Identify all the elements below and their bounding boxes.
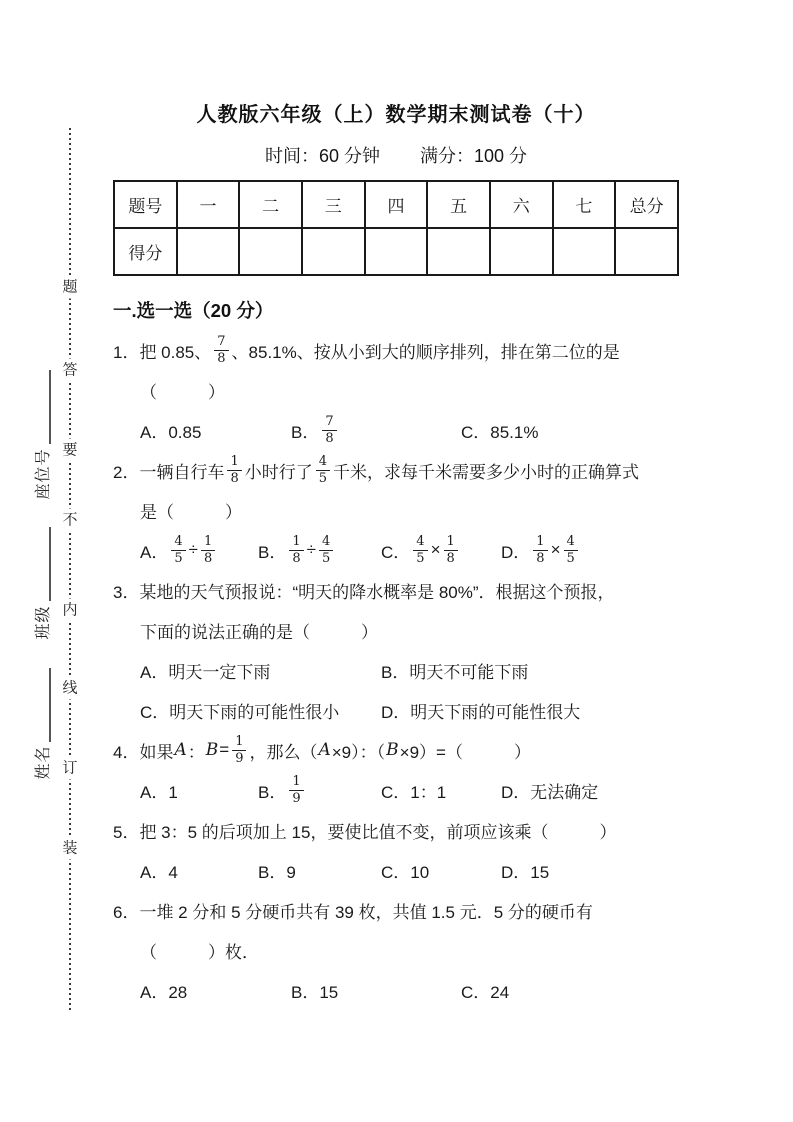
answer-option: A．45÷18 bbox=[140, 533, 258, 567]
fraction-numerator: 1 bbox=[289, 535, 303, 551]
text-run: 是（ ） bbox=[140, 498, 242, 523]
text-run: （ ） bbox=[140, 378, 225, 403]
fraction-denominator: 8 bbox=[292, 551, 300, 566]
paper-content: 人教版六年级（上）数学期末测试卷（十） 时间：60 分钟 满分：100 分 题号… bbox=[113, 0, 679, 1010]
options-row: A．1B．19C．1：1D．无法确定 bbox=[113, 770, 679, 810]
text-run: C．明天下雨的可能性很小 bbox=[140, 698, 339, 723]
student-info-labels: 姓名班级座位号 bbox=[36, 325, 52, 825]
fraction-numerator: 4 bbox=[564, 535, 578, 551]
fraction-numerator: 4 bbox=[316, 455, 330, 471]
binding-char: 不 bbox=[62, 509, 77, 532]
binding-char: 订 bbox=[62, 757, 77, 780]
fraction-numerator: 4 bbox=[171, 535, 185, 551]
answer-option: C．24 bbox=[461, 978, 679, 1003]
options-row: C．明天下雨的可能性很小D．明天下雨的可能性很大 bbox=[113, 690, 679, 730]
fraction-denominator: 8 bbox=[536, 551, 544, 566]
fraction-numerator: 1 bbox=[444, 535, 458, 551]
fraction-numerator: 1 bbox=[227, 455, 241, 471]
score-cell-empty bbox=[490, 228, 553, 275]
score-cell-empty bbox=[427, 228, 490, 275]
question-line: （ ） bbox=[113, 370, 679, 410]
text-run: D． bbox=[501, 538, 530, 563]
fraction-denominator: 9 bbox=[235, 751, 243, 766]
fraction: 19 bbox=[289, 775, 303, 805]
answer-option: C．45×18 bbox=[381, 533, 501, 567]
binding-dotted-line bbox=[69, 128, 71, 1012]
fraction: 78 bbox=[214, 335, 228, 365]
fraction-numerator: 1 bbox=[201, 535, 215, 551]
text-run: = bbox=[219, 740, 229, 760]
fraction: 18 bbox=[201, 535, 215, 565]
paper-subtitle: 时间：60 分钟 满分：100 分 bbox=[113, 142, 679, 170]
fraction: 78 bbox=[322, 415, 336, 445]
answer-option: A．明天一定下雨 bbox=[140, 658, 381, 683]
fraction: 18 bbox=[227, 455, 241, 485]
text-run: 下面的说法正确的是（ ） bbox=[140, 618, 378, 643]
text-run: A．28 bbox=[140, 978, 187, 1003]
text-run: ×9）=（ ） bbox=[400, 738, 531, 763]
student-label: 姓名 bbox=[36, 746, 52, 780]
options-row: A．28B．15C．24 bbox=[113, 970, 679, 1010]
fraction: 18 bbox=[444, 535, 458, 565]
answer-option: B．78 bbox=[291, 413, 461, 447]
score-cell-empty bbox=[553, 228, 616, 275]
text-run: B． bbox=[291, 418, 319, 443]
fraction-denominator: 5 bbox=[322, 551, 330, 566]
binding-char: 装 bbox=[62, 837, 77, 860]
text-run: B．9 bbox=[258, 858, 296, 883]
answer-option: B．9 bbox=[258, 858, 381, 883]
text-run: 1．把 0.85、 bbox=[113, 338, 211, 363]
options-row: A．0.85B．78C．85.1% bbox=[113, 410, 679, 450]
fraction-numerator: 1 bbox=[289, 775, 303, 791]
options-row: A．4B．9C．10D．15 bbox=[113, 850, 679, 890]
fraction-denominator: 8 bbox=[204, 551, 212, 566]
section-heading: 一.选一选（20 分） bbox=[113, 297, 679, 325]
fraction-denominator: 8 bbox=[447, 551, 455, 566]
text-run: C． bbox=[381, 538, 410, 563]
score-table-header-cell: 一 bbox=[177, 181, 240, 228]
answer-option: B．15 bbox=[291, 978, 461, 1003]
variable: A bbox=[173, 740, 187, 760]
question-block: 4．如果 A：B=19，那么（A×9）：（B×9）=（ ）A．1B．19C．1：… bbox=[113, 730, 679, 810]
fraction-numerator: 7 bbox=[322, 415, 336, 431]
questions-list: 1．把 0.85、78、85.1%、按从小到大的顺序排列，排在第二位的是（ ）A… bbox=[113, 330, 679, 1010]
score-row-label: 得分 bbox=[114, 228, 177, 275]
options-row: A．45÷18B．18÷45C．45×18D．18×45 bbox=[113, 530, 679, 570]
score-cell-empty bbox=[177, 228, 240, 275]
question-block: 6．一堆 2 分和 5 分硬币共有 39 枚，共值 1.5 元．5 分的硬币有（… bbox=[113, 890, 679, 1010]
text-run: A．4 bbox=[140, 858, 178, 883]
binding-char: 要 bbox=[62, 439, 77, 462]
text-run: 、85.1%、按从小到大的顺序排列，排在第二位的是 bbox=[232, 338, 620, 363]
answer-option: B．19 bbox=[258, 773, 381, 807]
exam-paper-page: 题答要不内线订装 姓名班级座位号 人教版六年级（上）数学期末测试卷（十） 时间：… bbox=[0, 0, 793, 1122]
question-line: 1．把 0.85、78、85.1%、按从小到大的顺序排列，排在第二位的是 bbox=[113, 330, 679, 370]
text-run: 4．如果 bbox=[113, 738, 173, 763]
variable: B bbox=[385, 740, 400, 760]
variable: A bbox=[317, 740, 331, 760]
text-run: ×9）：（ bbox=[332, 738, 385, 763]
binding-char: 线 bbox=[62, 677, 77, 700]
answer-option: C．1：1 bbox=[381, 778, 501, 803]
text-run: D．无法确定 bbox=[501, 778, 598, 803]
fraction: 45 bbox=[319, 535, 333, 565]
binding-char: 内 bbox=[62, 599, 77, 622]
text-run: A．1 bbox=[140, 778, 178, 803]
answer-option: C．85.1% bbox=[461, 418, 679, 443]
fraction: 45 bbox=[316, 455, 330, 485]
text-run: × bbox=[431, 540, 441, 560]
fraction: 19 bbox=[232, 735, 246, 765]
text-run: ÷ bbox=[189, 540, 198, 560]
answer-option: B．18÷45 bbox=[258, 533, 381, 567]
answer-option: A．4 bbox=[140, 858, 258, 883]
fill-in-line bbox=[49, 528, 51, 602]
text-run: B． bbox=[258, 538, 286, 563]
score-cell-empty bbox=[302, 228, 365, 275]
text-run: A． bbox=[140, 538, 168, 563]
fraction-numerator: 7 bbox=[214, 335, 228, 351]
question-line: 3．某地的天气预报说：“明天的降水概率是 80%”．根据这个预报， bbox=[113, 570, 679, 610]
score-table-header-cell: 五 bbox=[427, 181, 490, 228]
question-line: 6．一堆 2 分和 5 分硬币共有 39 枚，共值 1.5 元．5 分的硬币有 bbox=[113, 890, 679, 930]
score-table-header-cell: 四 bbox=[365, 181, 428, 228]
fraction-denominator: 9 bbox=[292, 791, 300, 806]
text-run: 6．一堆 2 分和 5 分硬币共有 39 枚，共值 1.5 元．5 分的硬币有 bbox=[113, 898, 593, 923]
fraction-denominator: 8 bbox=[230, 471, 238, 486]
text-run: ÷ bbox=[307, 540, 316, 560]
text-run: 千米，求每千米需要多少小时的正确算式 bbox=[333, 458, 639, 483]
question-line: 是（ ） bbox=[113, 490, 679, 530]
fraction-denominator: 5 bbox=[416, 551, 424, 566]
score-table-header-row: 题号 一二三四五六七总分 bbox=[114, 181, 678, 228]
answer-option: A．0.85 bbox=[140, 418, 291, 443]
answer-option: B．明天不可能下雨 bbox=[381, 658, 679, 683]
text-run: C．10 bbox=[381, 858, 429, 883]
fraction-numerator: 1 bbox=[533, 535, 547, 551]
question-line: 4．如果 A：B=19，那么（A×9）：（B×9）=（ ） bbox=[113, 730, 679, 770]
text-run: B．明天不可能下雨 bbox=[381, 658, 528, 683]
answer-option: C．10 bbox=[381, 858, 501, 883]
student-label: 班级 bbox=[36, 606, 52, 640]
text-run: 3．某地的天气预报说：“明天的降水概率是 80%”．根据这个预报， bbox=[113, 578, 615, 603]
fraction-denominator: 5 bbox=[319, 471, 327, 486]
score-table-header-cell: 二 bbox=[239, 181, 302, 228]
score-table-corner: 题号 bbox=[114, 181, 177, 228]
text-run: × bbox=[551, 540, 561, 560]
fraction-denominator: 5 bbox=[567, 551, 575, 566]
text-run: 2．一辆自行车 bbox=[113, 458, 224, 483]
fill-in-line bbox=[49, 668, 51, 742]
score-cell-empty bbox=[615, 228, 678, 275]
text-run: A．明天一定下雨 bbox=[140, 658, 270, 683]
options-row: A．明天一定下雨B．明天不可能下雨 bbox=[113, 650, 679, 690]
answer-option: D．15 bbox=[501, 858, 679, 883]
score-table-score-row: 得分 bbox=[114, 228, 678, 275]
fraction-denominator: 8 bbox=[325, 431, 333, 446]
question-block: 1．把 0.85、78、85.1%、按从小到大的顺序排列，排在第二位的是（ ）A… bbox=[113, 330, 679, 450]
score-table-header-cell: 七 bbox=[553, 181, 616, 228]
text-run: ： bbox=[188, 738, 205, 763]
fill-in-line bbox=[49, 370, 51, 444]
time-limit-label: 时间：60 分钟 bbox=[265, 142, 380, 170]
score-table-header-cell: 六 bbox=[490, 181, 553, 228]
fraction-denominator: 5 bbox=[174, 551, 182, 566]
fraction: 45 bbox=[171, 535, 185, 565]
binding-margin: 题答要不内线订装 姓名班级座位号 bbox=[0, 0, 100, 1122]
fraction-numerator: 4 bbox=[319, 535, 333, 551]
score-table: 题号 一二三四五六七总分 得分 bbox=[113, 180, 679, 276]
text-run: C．24 bbox=[461, 978, 509, 1003]
text-run: （ ）枚． bbox=[140, 938, 259, 963]
fraction: 18 bbox=[533, 535, 547, 565]
answer-option: D．无法确定 bbox=[501, 778, 679, 803]
fraction: 45 bbox=[564, 535, 578, 565]
answer-option: C．明天下雨的可能性很小 bbox=[140, 698, 381, 723]
answer-option: D．明天下雨的可能性很大 bbox=[381, 698, 679, 723]
fraction-numerator: 4 bbox=[413, 535, 427, 551]
text-run: B．15 bbox=[291, 978, 338, 1003]
score-cell-empty bbox=[365, 228, 428, 275]
question-block: 3．某地的天气预报说：“明天的降水概率是 80%”．根据这个预报，下面的说法正确… bbox=[113, 570, 679, 730]
score-table-header-cell: 三 bbox=[302, 181, 365, 228]
answer-option: A．28 bbox=[140, 978, 291, 1003]
fraction: 18 bbox=[289, 535, 303, 565]
question-block: 5．把 3：5 的后项加上 15，要使比值不变，前项应该乘（ ）A．4B．9C．… bbox=[113, 810, 679, 890]
answer-option: D．18×45 bbox=[501, 533, 679, 567]
score-cell-empty bbox=[239, 228, 302, 275]
text-run: D．15 bbox=[501, 858, 549, 883]
text-run: ，那么（ bbox=[249, 738, 317, 763]
question-line: （ ）枚． bbox=[113, 930, 679, 970]
fraction-numerator: 1 bbox=[232, 735, 246, 751]
text-run: B． bbox=[258, 778, 286, 803]
answer-option: A．1 bbox=[140, 778, 258, 803]
page-title: 人教版六年级（上）数学期末测试卷（十） bbox=[113, 100, 679, 130]
text-run: A．0.85 bbox=[140, 418, 201, 443]
text-run: D．明天下雨的可能性很大 bbox=[381, 698, 580, 723]
variable: B bbox=[205, 740, 220, 760]
question-line: 下面的说法正确的是（ ） bbox=[113, 610, 679, 650]
question-line: 5．把 3：5 的后项加上 15，要使比值不变，前项应该乘（ ） bbox=[113, 810, 679, 850]
fraction-denominator: 8 bbox=[217, 351, 225, 366]
text-run: 小时行了 bbox=[245, 458, 313, 483]
binding-char: 题 bbox=[62, 276, 77, 299]
text-run: 5．把 3：5 的后项加上 15，要使比值不变，前项应该乘（ ） bbox=[113, 818, 616, 843]
text-run: C．85.1% bbox=[461, 418, 538, 443]
full-score-label: 满分：100 分 bbox=[420, 142, 527, 170]
student-label: 座位号 bbox=[36, 448, 52, 499]
binding-char: 答 bbox=[62, 359, 77, 382]
question-block: 2．一辆自行车18小时行了45千米，求每千米需要多少小时的正确算式是（ ）A．4… bbox=[113, 450, 679, 570]
text-run: C．1：1 bbox=[381, 778, 446, 803]
score-table-header-cell: 总分 bbox=[615, 181, 678, 228]
fraction: 45 bbox=[413, 535, 427, 565]
question-line: 2．一辆自行车18小时行了45千米，求每千米需要多少小时的正确算式 bbox=[113, 450, 679, 490]
